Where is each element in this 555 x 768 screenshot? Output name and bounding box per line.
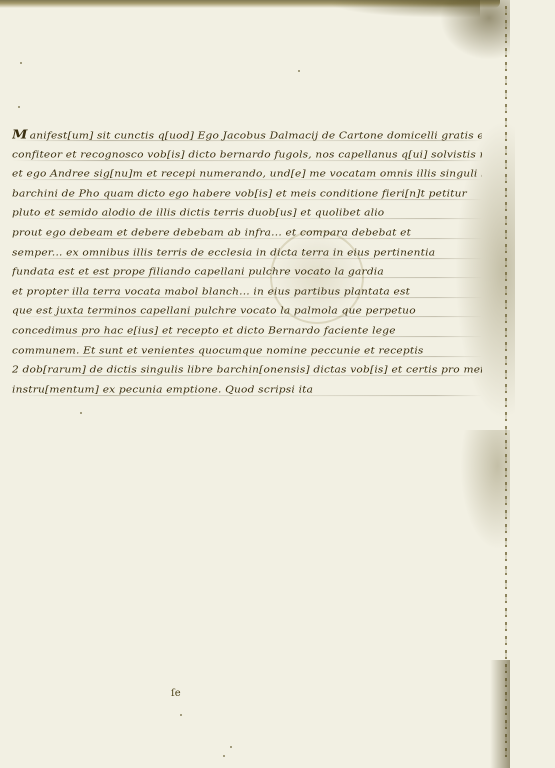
manuscript-line-14: instru[mentum] ex pecunia emptione. Quod… [12, 382, 482, 399]
ink-speck [80, 412, 82, 414]
top-right-corner-stain [440, 0, 510, 60]
bottom-ink-mark: ſe [171, 688, 181, 699]
manuscript-line-11: concedimus pro hac e[ius] et recepto et … [12, 323, 482, 340]
manuscript-line-12: communem. Et sunt et venientes quocumque… [12, 343, 482, 360]
manuscript-line-4: barchini de Pho quam dicto ego habere vo… [12, 186, 482, 203]
ink-speck [223, 755, 225, 757]
manuscript-line-8: fundata est et est prope filiando capell… [12, 265, 482, 282]
manuscript-line-6: prout ego debeam et debere debebam ab in… [12, 225, 482, 242]
ink-speck [180, 714, 182, 716]
manuscript-line-13: 2 dob[rarum] de dictis singulis libre ba… [12, 363, 482, 380]
ink-speck [298, 70, 300, 72]
manuscript-line-7: semper... ex omnibus illis terris de ecc… [12, 245, 482, 262]
right-edge-bottom-stain [490, 660, 510, 768]
manuscript-line-3: et ego Andree sig[nu]m et recepi numeran… [12, 167, 482, 184]
ink-speck [18, 106, 20, 108]
ink-speck [230, 746, 232, 748]
manuscript-line-2: confiteor et recognosco vob[is] dicto be… [12, 147, 482, 164]
manuscript-line-5: pluto et semido alodio de illis dictis t… [12, 206, 482, 223]
right-edge-lower-stain [460, 430, 510, 550]
manuscript-line-9: et propter illa terra vocata mabol blanc… [12, 284, 482, 301]
manuscript-page: Manifest[um] sit cunctis q[uod] Ego Jaco… [0, 0, 555, 768]
manuscript-line-10: que est juxta terminos capellani pulchre… [12, 304, 482, 321]
ink-speck [20, 62, 22, 64]
manuscript-line-1: Manifest[um] sit cunctis q[uod] Ego Jaco… [12, 127, 482, 144]
decorated-initial: M [12, 128, 28, 142]
manuscript-text-block: Manifest[um] sit cunctis q[uod] Ego Jaco… [12, 126, 482, 400]
